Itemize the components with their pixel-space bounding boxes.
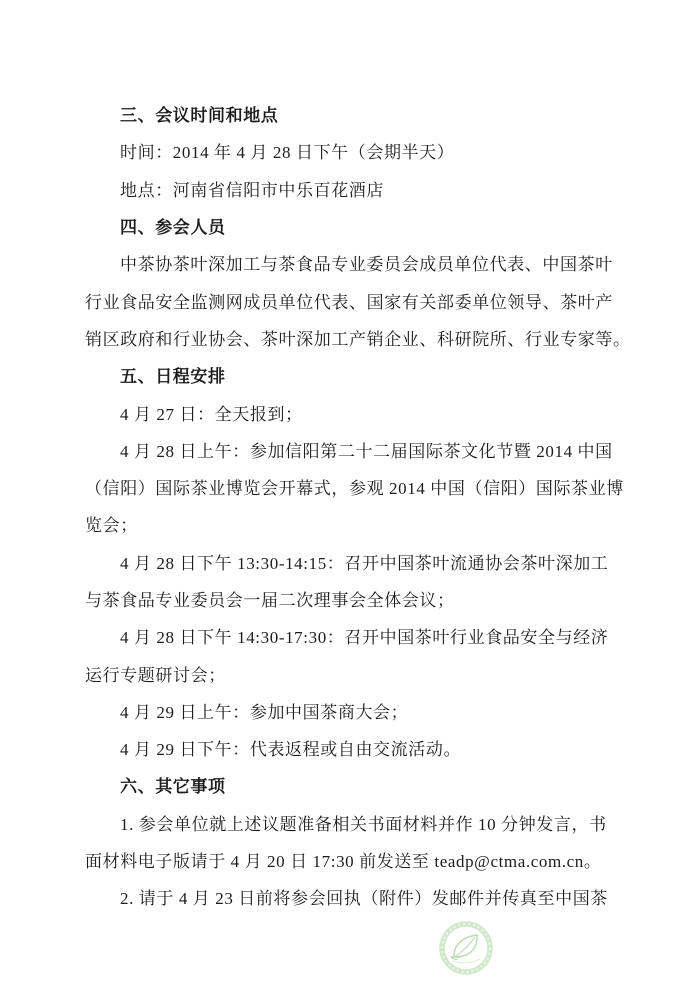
- section-heading-line: 四、参会人员: [85, 207, 617, 244]
- document-body: 三、会议时间和地点时间：2014 年 4 月 28 日下午（会期半天）地点：河南…: [85, 95, 617, 916]
- document-text-line: 4 月 29 日上午：参加中国茶商大会；: [85, 692, 617, 729]
- section-heading-line: 六、其它事项: [85, 766, 617, 803]
- tea-leaf-watermark-icon: [437, 919, 495, 977]
- section-heading-line: 五、日程安排: [85, 356, 617, 393]
- document-text-line: 地点：河南省信阳市中乐百花酒店: [85, 170, 617, 207]
- document-text-line: 2. 请于 4 月 23 日前将参会回执（附件）发邮件并传真至中国茶: [85, 878, 617, 915]
- document-text-line: 4 月 27 日：全天报到；: [85, 393, 617, 430]
- document-text-line: 4 月 28 日上午：参加信阳第二十二届国际茶文化节暨 2014 中国: [85, 431, 617, 468]
- document-text-line: 4 月 29 日下午：代表返程或自由交流活动。: [85, 729, 617, 766]
- document-text-line: 4 月 28 日下午 14:30-17:30：召开中国茶叶行业食品安全与经济: [85, 617, 617, 654]
- document-text-line: 时间：2014 年 4 月 28 日下午（会期半天）: [85, 132, 617, 169]
- document-text-line: 览会；: [85, 505, 617, 542]
- document-text-line: 运行专题研讨会；: [85, 654, 617, 691]
- document-text-line: 行业食品安全监测网成员单位代表、国家有关部委单位领导、茶叶产: [85, 281, 617, 318]
- document-text-line: 1. 参会单位就上述议题准备相关书面材料并作 10 分钟发言，书: [85, 804, 617, 841]
- document-text-line: 面材料电子版请于 4 月 20 日 17:30 前发送至 teadp@ctma.…: [85, 841, 617, 878]
- document-text-line: 与茶食品专业委员会一届二次理事会全体会议；: [85, 580, 617, 617]
- document-page: 三、会议时间和地点时间：2014 年 4 月 28 日下午（会期半天）地点：河南…: [0, 0, 699, 988]
- leaf-midrib: [456, 937, 475, 956]
- document-text-line: 中茶协茶叶深加工与茶食品专业委员会成员单位代表、中国茶叶: [85, 244, 617, 281]
- document-text-line: （信阳）国际茶业博览会开幕式，参观 2014 中国（信阳）国际茶业博: [85, 468, 617, 505]
- document-text-line: 4 月 28 日下午 13:30-14:15：召开中国茶叶流通协会茶叶深加工: [85, 543, 617, 580]
- section-heading-line: 三、会议时间和地点: [85, 95, 617, 132]
- document-text-line: 销区政府和行业协会、茶叶深加工产销企业、科研院所、行业专家等。: [85, 319, 617, 356]
